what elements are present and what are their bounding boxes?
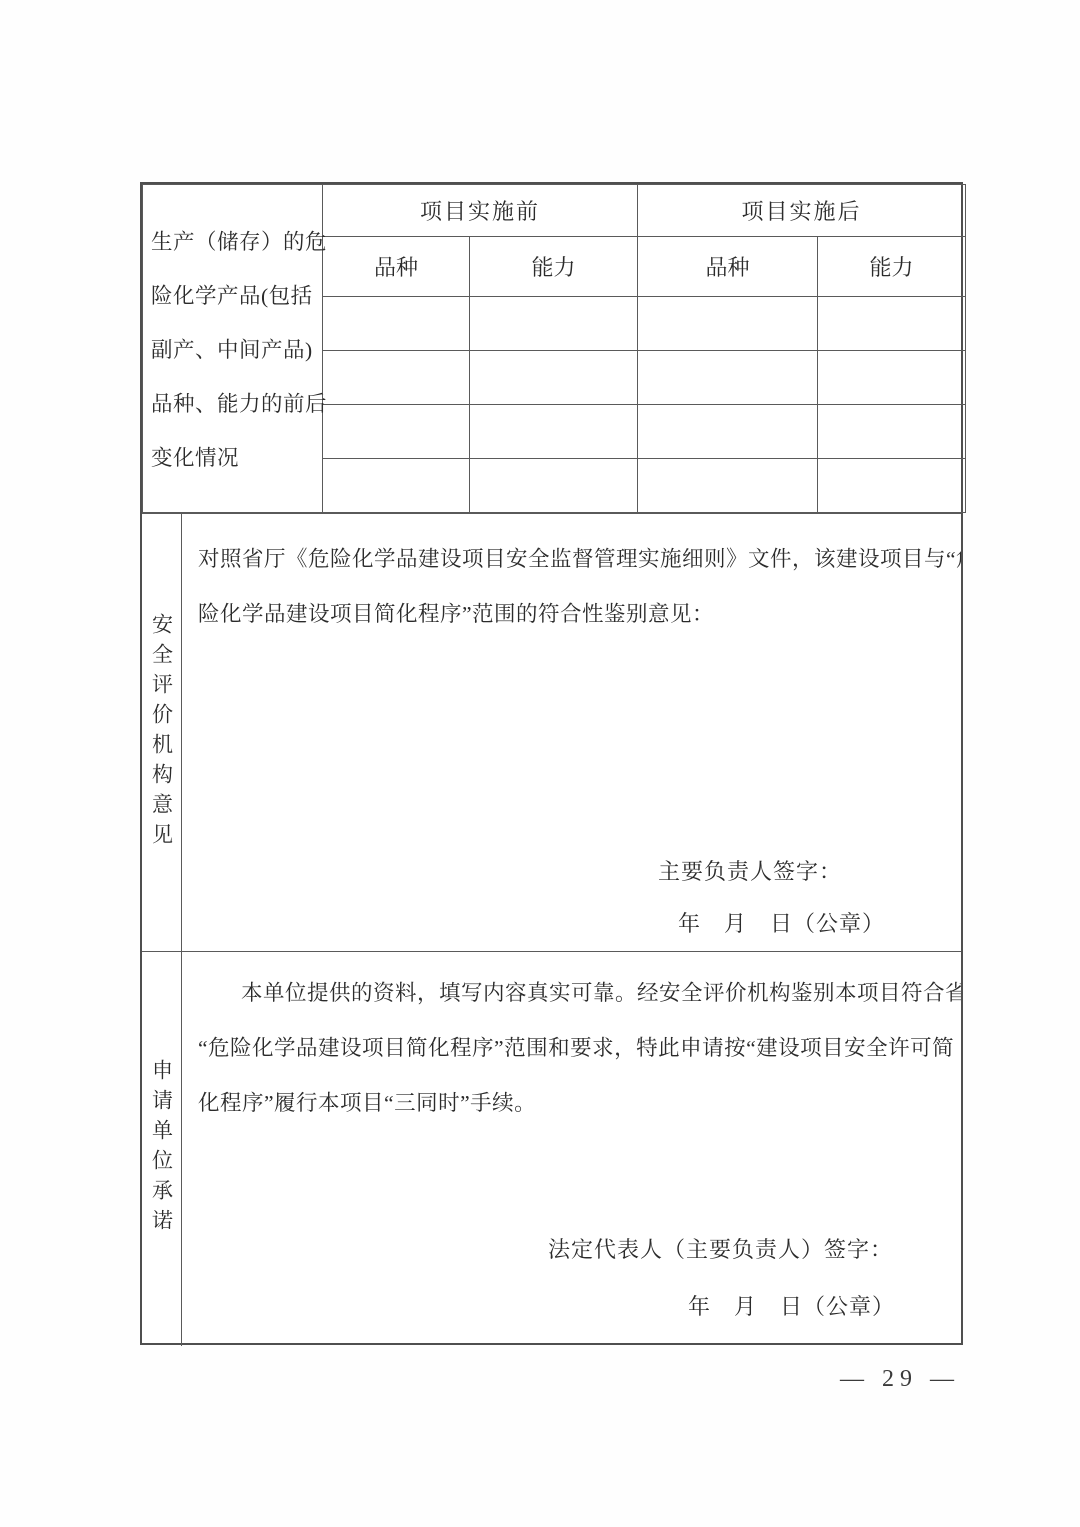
empty-cell — [818, 405, 966, 459]
document-page: 生产（储存）的危 险化学产品(包括 副产、中间产品) 品种、能力的前后 变化情况… — [0, 0, 1080, 1527]
empty-cell — [323, 405, 470, 459]
empty-cell — [818, 297, 966, 351]
opinion-text-line: 对照省厅《危险化学品建设项目安全监督管理实施细则》文件，该建设项目与“危 — [198, 532, 949, 587]
section-label-vertical: 安全评价机构意见 — [142, 613, 182, 853]
commitment-text-line: 化程序”履行本项目“三同时”手续。 — [198, 1076, 949, 1131]
empty-cell — [470, 405, 638, 459]
date-seal-label: 年 月 日（公章） — [198, 1282, 949, 1332]
date-seal-label: 年 月 日（公章） — [198, 899, 949, 949]
row-label-line: 险化学产品(包括 — [151, 269, 318, 323]
row-label-line: 生产（储存）的危 — [151, 215, 318, 269]
form-table: 生产（储存）的危 险化学产品(包括 副产、中间产品) 品种、能力的前后 变化情况… — [140, 182, 963, 1345]
section-content: 本单位提供的资料，填写内容真实可靠。经安全评价机构鉴别本项目符合省厅 “危险化学… — [182, 952, 961, 1346]
signature-label: 法定代表人（主要负责人）签字： — [198, 1225, 949, 1275]
header-after-implementation: 项目实施后 — [638, 185, 966, 237]
section-applicant-commitment: 申请单位承诺 本单位提供的资料，填写内容真实可靠。经安全评价机构鉴别本项目符合省… — [142, 951, 961, 1346]
opinion-text-line: 险化学品建设项目简化程序”范围的符合性鉴别意见： — [198, 587, 949, 642]
products-change-grid: 生产（储存）的危 险化学产品(包括 副产、中间产品) 品种、能力的前后 变化情况… — [142, 184, 966, 513]
row-label-line: 品种、能力的前后 — [151, 377, 318, 431]
empty-cell — [638, 297, 818, 351]
subheader-variety-before: 品种 — [323, 237, 470, 297]
empty-cell — [323, 459, 470, 513]
commitment-text-line: “危险化学品建设项目简化程序”范围和要求，特此申请按“建设项目安全许可简 — [198, 1021, 949, 1076]
section-safety-evaluation-opinion: 安全评价机构意见 对照省厅《危险化学品建设项目安全监督管理实施细则》文件，该建设… — [142, 513, 961, 951]
empty-cell — [638, 351, 818, 405]
empty-cell — [323, 351, 470, 405]
empty-cell — [470, 459, 638, 513]
section-content: 对照省厅《危险化学品建设项目安全监督管理实施细则》文件，该建设项目与“危 险化学… — [182, 514, 961, 951]
row-label-products-change: 生产（储存）的危 险化学产品(包括 副产、中间产品) 品种、能力的前后 变化情况 — [143, 185, 323, 513]
signature-label: 主要负责人签字： — [198, 847, 949, 897]
empty-cell — [638, 405, 818, 459]
subheader-variety-after: 品种 — [638, 237, 818, 297]
row-label-line: 副产、中间产品) — [151, 323, 318, 377]
section-label-cell: 申请单位承诺 — [142, 952, 182, 1346]
empty-cell — [470, 297, 638, 351]
commitment-text-line: 本单位提供的资料，填写内容真实可靠。经安全评价机构鉴别本项目符合省厅 — [198, 966, 949, 1021]
row-label-line: 变化情况 — [151, 431, 318, 485]
empty-cell — [638, 459, 818, 513]
empty-cell — [818, 459, 966, 513]
empty-cell — [470, 351, 638, 405]
subheader-capacity-before: 能力 — [470, 237, 638, 297]
empty-cell — [818, 351, 966, 405]
header-before-implementation: 项目实施前 — [323, 185, 638, 237]
empty-cell — [323, 297, 470, 351]
page-number: — 29 — — [840, 1366, 960, 1393]
subheader-capacity-after: 能力 — [818, 237, 966, 297]
section-label-vertical: 申请单位承诺 — [142, 1059, 182, 1239]
section-label-cell: 安全评价机构意见 — [142, 514, 182, 951]
